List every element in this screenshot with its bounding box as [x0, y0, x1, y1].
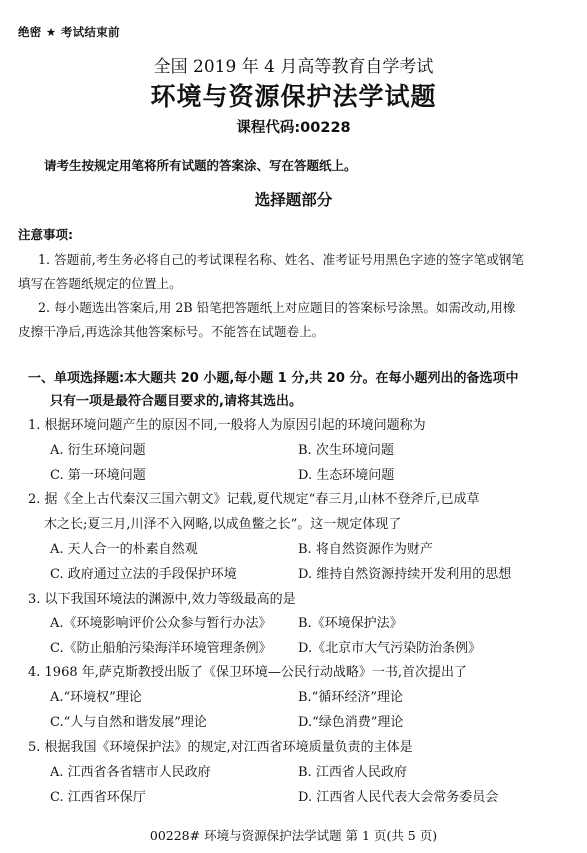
question-5-option-a: A. 江西省各省辖市人民政府 — [50, 761, 211, 780]
question-2-option-c: C. 政府通过立法的手段保护环境 — [50, 563, 237, 582]
confidential-mark: 绝密 ★ 考试结束前 — [18, 24, 120, 40]
question-2-option-d: D. 维持自然资源持续开发利用的思想 — [298, 563, 511, 582]
question-1-option-a: A. 衍生环境问题 — [50, 439, 146, 458]
question-1-option-b: B. 次生环境问题 — [298, 439, 394, 458]
question-3-option-b: B.《环境保护法》 — [298, 612, 403, 631]
question-3-option-d: D.《北京市大气污染防治条例》 — [298, 637, 481, 656]
question-4-option-b: B.“循环经济”理论 — [298, 686, 403, 705]
page-title: 环境与资源保护法学试题 — [0, 77, 587, 113]
question-2-stem-line-2: 木之长;夏三月,川泽不入网略,以成鱼鳖之长”。这一规定体现了 — [44, 513, 401, 532]
question-1-option-c: C. 第一环境问题 — [50, 464, 146, 483]
part-one-heading-line-2: 只有一项是最符合题目要求的,请将其选出。 — [50, 390, 302, 409]
question-3-option-c: C.《防止船舶污染海洋环境管理条例》 — [50, 637, 272, 656]
question-3-option-a: A.《环境影响评价公众参与暂行办法》 — [50, 612, 272, 631]
question-2-option-a: A. 天人合一的朴素自然观 — [50, 538, 198, 557]
question-1-option-d: D. 生态环境问题 — [298, 464, 394, 483]
question-4-stem: 4. 1968 年,萨克斯教授出版了《保卫环境—公民行动战略》一书,首次提出了 — [28, 661, 467, 680]
question-5-option-b: B. 江西省人民政府 — [298, 761, 407, 780]
question-2-option-b: B. 将自然资源作为财产 — [298, 538, 433, 557]
note-1-line-2: 填写在答题纸规定的位置上。 — [18, 273, 182, 292]
question-4-option-c: C.“人与自然和谐发展”理论 — [50, 711, 207, 730]
answer-instruction: 请考生按规定用笔将所有试题的答案涂、写在答题纸上。 — [44, 156, 357, 174]
question-5-stem: 5. 根据我国《环境保护法》的规定,对江西省环境质量负责的主体是 — [28, 736, 413, 755]
note-2-line-1: 2. 每小题选出答案后,用 2B 铅笔把答题纸上对应题目的答案标号涂黑。如需改动… — [38, 297, 516, 316]
question-2-stem-line-1: 2. 据《全上古代秦汉三国六朝文》记载,夏代规定“春三月,山林不登斧斤,已成草 — [28, 488, 480, 507]
note-2-line-2: 皮擦干净后,再选涂其他答案标号。不能答在试题卷上。 — [18, 321, 324, 340]
part-one-heading-line-1: 一、单项选择题:本大题共 20 小题,每小题 1 分,共 20 分。在每小题列出… — [28, 367, 518, 386]
question-3-stem: 3. 以下我国环境法的渊源中,效力等级最高的是 — [28, 588, 296, 607]
notes-heading: 注意事项: — [18, 225, 73, 243]
section-title: 选择题部分 — [0, 188, 587, 210]
page-footer: 00228# 环境与资源保护法学试题 第 1 页(共 5 页) — [0, 826, 587, 844]
question-5-option-c: C. 江西省环保厅 — [50, 786, 146, 805]
exam-session-line: 全国 2019 年 4 月高等教育自学考试 — [0, 52, 587, 77]
question-1-stem: 1. 根据环境问题产生的原因不同,一般将人为原因引起的环境问题称为 — [28, 414, 426, 433]
question-4-option-a: A.“环境权”理论 — [50, 686, 142, 705]
course-code: 课程代码:00228 — [0, 116, 587, 137]
note-1-line-1: 1. 答题前,考生务必将自己的考试课程名称、姓名、准考证号用黑色字迹的签字笔或钢… — [38, 249, 524, 268]
question-5-option-d: D. 江西省人民代表大会常务委员会 — [298, 786, 498, 805]
question-4-option-d: D.“绿色消费”理论 — [298, 711, 403, 730]
